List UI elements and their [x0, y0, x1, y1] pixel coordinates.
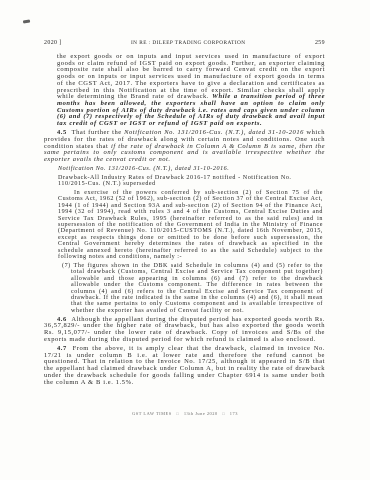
scan-artifact: [23, 20, 30, 23]
square-separator-icon: □: [222, 411, 225, 416]
para-4-6-text: Although the appellant during the disput…: [44, 316, 325, 343]
paragraph-4-6: 4.6 Although the appellant during the di…: [44, 317, 325, 344]
para-4-7-text: From the above, it is amply clear that t…: [44, 345, 325, 386]
notification-citation-line: Notification No. 131/2016-Cus. (N.T.), d…: [58, 166, 323, 172]
page-header: 2020 ] IN RE : DILEEP TRADING CORPORATIO…: [44, 40, 325, 46]
paragraph-4-7: 4.7 From the above, it is amply clear th…: [44, 346, 325, 386]
header-case-title: IN RE : DILEEP TRADING CORPORATION: [131, 40, 246, 46]
notification-heading: Drawback-All Industry Rates of Drawback …: [58, 175, 323, 188]
note-7-marker: (7): [62, 263, 71, 269]
paragraph-continuation: the export goods or on inputs and input …: [57, 54, 325, 128]
paragraph-4-5: 4.5 That further the Notification No. 13…: [44, 130, 325, 164]
footer-journal-name: GST LAW TIMES: [132, 411, 172, 416]
header-page-number: 259: [315, 40, 325, 46]
square-separator-icon: □: [176, 411, 179, 416]
page-body: the export goods or on inputs and input …: [44, 54, 325, 389]
journal-page: 2020 ] IN RE : DILEEP TRADING CORPORATIO…: [0, 0, 370, 480]
footer-page-number: 173: [230, 411, 238, 416]
header-year-bracket: 2020 ]: [44, 40, 62, 46]
footer-date: 13th June 2020: [184, 411, 218, 416]
notification-note-7: (7) The figures shown in the DBK said Sc…: [71, 263, 323, 314]
page-footer: GST LAW TIMES □ 13th June 2020 □ 173: [0, 411, 370, 416]
notification-body: In exercise of the powers conferred by s…: [58, 190, 323, 260]
note-7-text: The figures shown in the DBK said Schedu…: [71, 263, 323, 314]
